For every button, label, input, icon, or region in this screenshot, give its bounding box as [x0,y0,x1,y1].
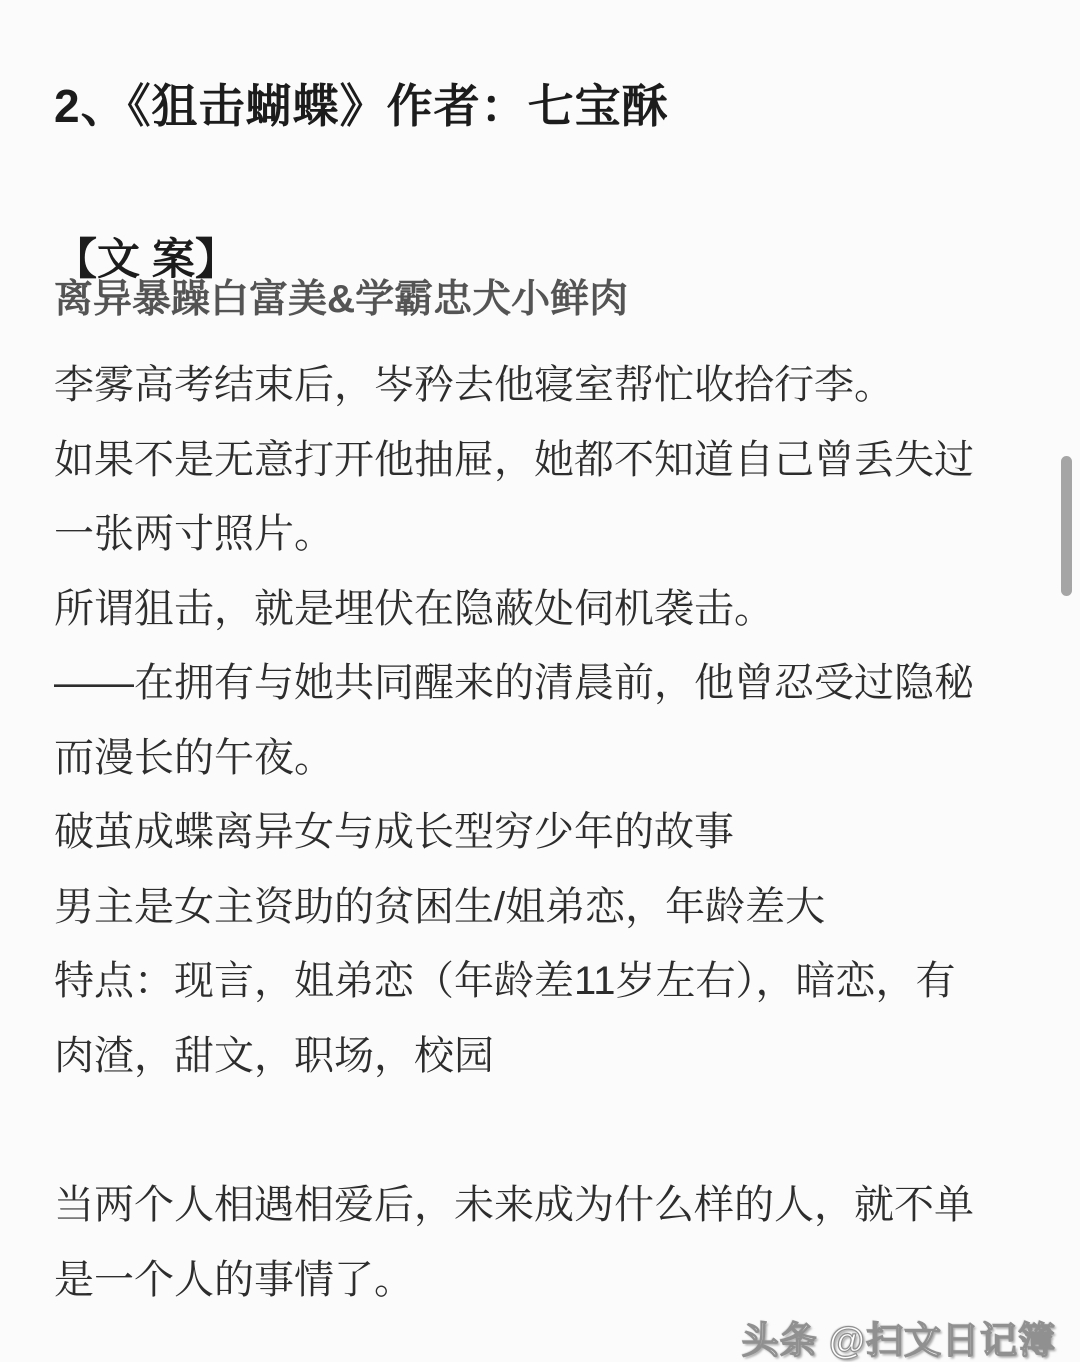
pairing-tagline: 离异暴躁白富美&学霸忠犬小鲜肉 [54,276,628,324]
closing-line: 是一个人的事情了。 [54,1243,1044,1318]
synopsis-line: 特点：现言，姐弟恋（年龄差11岁左右），暗恋，有 [54,944,1044,1019]
closing-line: 当两个人相遇相爱后，未来成为什么样的人，就不单 [54,1168,1044,1243]
article-title: 2、《狙击蝴蝶》作者：七宝酥 [54,79,669,133]
synopsis-line: 而漫长的午夜。 [54,721,1044,796]
scrollbar-thumb[interactable] [1061,456,1072,596]
article-page: 2、《狙击蝴蝶》作者：七宝酥 【文 案】 离异暴躁白富美&学霸忠犬小鲜肉 李雾高… [0,0,1080,1362]
synopsis-line: 李雾高考结束后，岑矜去他寝室帮忙收拾行李。 [54,348,1044,423]
synopsis-line: 肉渣，甜文，职场，校园 [54,1019,1044,1094]
synopsis-paragraph: 李雾高考结束后，岑矜去他寝室帮忙收拾行李。 如果不是无意打开他抽屉，她都不知道自… [54,348,1044,1093]
synopsis-line: 男主是女主资助的贫困生/姐弟恋，年龄差大 [54,870,1044,945]
synopsis-line: ——在拥有与她共同醒来的清晨前，他曾忍受过隐秘 [54,646,1044,721]
watermark-toutiao: 头条 @扫文日记簿 [742,1310,1056,1362]
synopsis-line: 破茧成蝶离异女与成长型穷少年的故事 [54,795,1044,870]
synopsis-line: 如果不是无意打开他抽屉，她都不知道自己曾丢失过 [54,423,1044,498]
closing-paragraph: 当两个人相遇相爱后，未来成为什么样的人，就不单 是一个人的事情了。 [54,1168,1044,1318]
synopsis-line: 所谓狙击，就是埋伏在隐蔽处伺机袭击。 [54,572,1044,647]
synopsis-line: 一张两寸照片。 [54,497,1044,572]
